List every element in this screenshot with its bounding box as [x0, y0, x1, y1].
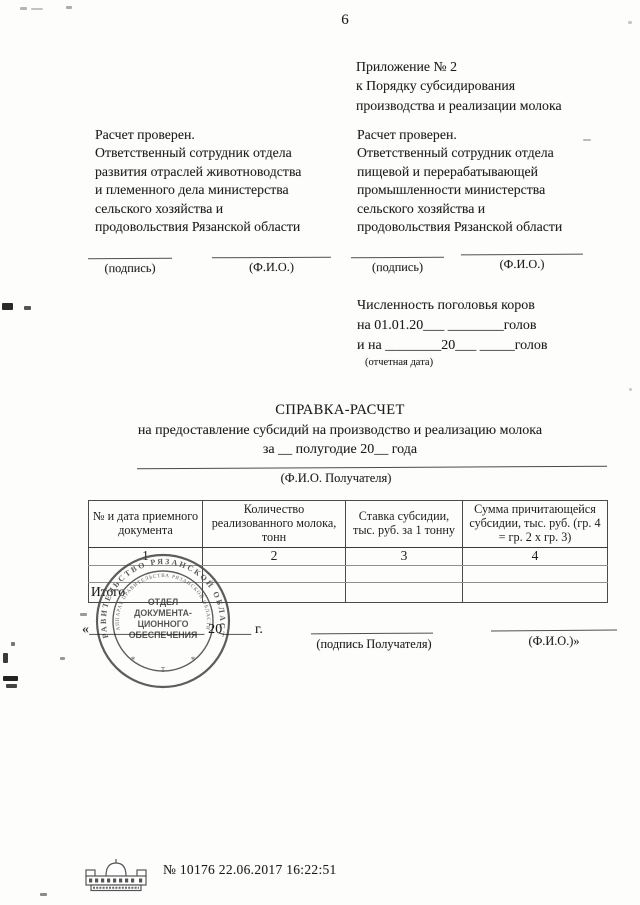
stamp-center-line: ДОКУМЕНТА- [134, 608, 192, 618]
scan-artifact [2, 303, 13, 310]
appendix-reference: Приложение № 2 к Порядку субсидирования … [356, 57, 562, 115]
text-line: сельского хозяйства и [357, 200, 633, 218]
text-line: продовольствия Рязанской области [357, 218, 633, 236]
empty-cell [463, 582, 608, 602]
text-line: Численность поголовья коров [357, 296, 548, 316]
text-line: на 01.01.20___ ________голов [357, 316, 548, 336]
text-line: Приложение № 2 [356, 57, 562, 76]
text-line: сельского хозяйства и [95, 200, 371, 218]
col-header-rate: Ставка субсидии, тыс. руб. за 1 тонну [346, 501, 463, 548]
registration-number-timestamp: № 10176 22.06.2017 16:22:51 [163, 862, 337, 878]
scan-artifact [66, 6, 72, 9]
empty-cell [346, 565, 463, 582]
recipient-fullname-caption: (Ф.И.О.)» [494, 634, 614, 649]
document-title: СПРАВКА-РАСЧЕТ на предоставление субсиди… [97, 401, 583, 460]
scan-artifact [60, 657, 65, 660]
scan-artifact [6, 684, 17, 688]
reporting-date-note: (отчетная дата) [365, 357, 548, 369]
scan-artifact [80, 613, 87, 616]
scan-artifact [628, 21, 632, 24]
recipient-name-rule [137, 466, 607, 469]
scan-artifact [3, 653, 8, 663]
recipient-fullname-rule [491, 630, 617, 632]
recipient-signature-rule [311, 633, 433, 635]
text-line: Ответственный сотрудник отдела [357, 144, 633, 162]
col-header-document: № и дата приемного документа [89, 501, 203, 548]
title-subtitle: на предоставление субсидий на производст… [97, 421, 583, 441]
round-office-stamp: ПРАВИТЕЛЬСТВО РЯЗАНСКОЙ ОБЛАСТИ АППАРАТ … [93, 551, 233, 691]
col-number: 4 [463, 547, 608, 565]
cow-headcount-block: Численность поголовья коров на 01.01.20_… [357, 296, 548, 369]
stamp-center-line: ОТДЕЛ [148, 597, 178, 607]
text-line: продовольствия Рязанской области [95, 218, 371, 236]
signature-field-left: (подпись) [88, 258, 172, 275]
text-line: к Порядку субсидирования [356, 76, 562, 95]
stamp-star-right: * [191, 655, 196, 665]
text-line: пищевой и перерабатывающей [357, 163, 633, 181]
approval-block-food-industry: Расчет проверен. Ответственный сотрудник… [357, 126, 633, 236]
text-line: производства и реализации молока [356, 96, 562, 115]
empty-cell [463, 565, 608, 582]
date-field: «________________ 20____ г. [82, 622, 263, 638]
title-period: за __ полугодие 20__ года [97, 440, 583, 460]
col-number: 3 [346, 547, 463, 565]
building-stamp-icon [83, 856, 149, 894]
scan-artifact [31, 8, 43, 10]
stamp-star-left: * [131, 655, 136, 665]
col-header-amount: Сумма причитающейся субсидии, тыс. руб. … [463, 501, 608, 548]
scan-artifact [40, 893, 47, 896]
recipient-name-caption: (Ф.И.О. Получателя) [233, 471, 439, 486]
recipient-signature-caption: (подпись Получателя) [304, 637, 444, 652]
scan-artifact [20, 7, 27, 10]
scanned-document-page: 6 Приложение № 2 к Порядку субсидировани… [0, 0, 640, 905]
fullname-field-left: (Ф.И.О.) [212, 257, 331, 275]
text-line: Расчет проверен. [95, 126, 371, 144]
text-line: Расчет проверен. [357, 126, 633, 144]
approval-block-livestock: Расчет проверен. Ответственный сотрудник… [95, 126, 371, 236]
scan-artifact [629, 388, 632, 391]
text-line: и на ________20___ _____голов [357, 336, 548, 356]
text-line: промышленности министерства [357, 181, 633, 199]
table-header-row: № и дата приемного документа Количество … [89, 501, 608, 548]
text-line: развития отраслей животноводства [95, 163, 371, 181]
empty-cell [346, 582, 463, 602]
scan-artifact [24, 306, 31, 310]
scan-artifact [11, 642, 15, 646]
page-number: 6 [334, 12, 356, 29]
stamp-bottom-mark: Т [161, 666, 166, 674]
fullname-field-right: (Ф.И.О.) [461, 254, 583, 272]
signature-field-right: (подпись) [351, 257, 444, 274]
col-header-quantity: Количество реализованного молока, тонн [203, 501, 346, 548]
scan-artifact [583, 139, 591, 141]
scan-artifact [3, 676, 18, 681]
text-line: и племенного дела министерства [95, 181, 371, 199]
title-heading: СПРАВКА-РАСЧЕТ [97, 401, 583, 421]
text-line: Ответственный сотрудник отдела [95, 144, 371, 162]
